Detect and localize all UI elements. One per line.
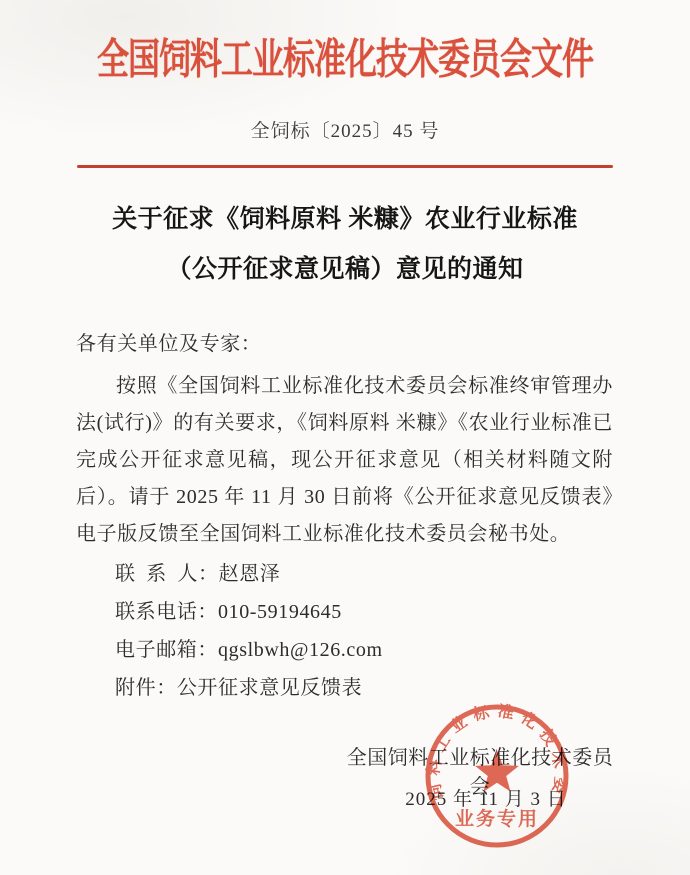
- contact-phone-value: 010-59194645: [218, 601, 342, 623]
- body-paragraph: 按照《全国饲料工业标准化技术委员会标准终审管理办法(试行)》的有关要求，《饲料原…: [76, 368, 613, 553]
- contact-email-label: 电子邮箱：: [115, 639, 218, 661]
- document-body: 各有关单位及专家： 按照《全国饲料工业标准化技术委员会标准终审管理办法(试行)》…: [76, 326, 613, 707]
- official-seal: 全国饲料工业标准化技术委员会 业务专用: [422, 701, 572, 851]
- contact-person-label: 联 系 人：: [115, 563, 219, 585]
- seal-ring-text: 全国饲料工业标准化技术委员会: [422, 701, 571, 802]
- attachment-value: 公开征求意见反馈表: [177, 677, 362, 699]
- seal-star-icon: [475, 750, 519, 792]
- document-title-line2: （公开征求意见稿）意见的通知: [0, 245, 690, 295]
- contact-phone-label: 联系电话：: [115, 601, 218, 623]
- salutation: 各有关单位及专家：: [76, 326, 613, 363]
- document-header-org-title: 全国饲料工业标准化技术委员会文件: [0, 26, 690, 87]
- contact-email-value: qgslbwh@126.com: [218, 639, 383, 661]
- document-number: 全饲标〔2025〕45 号: [0, 116, 690, 143]
- document-title-line1: 关于征求《饲料原料 米糠》农业行业标准: [0, 195, 690, 245]
- header-divider-line: [77, 165, 613, 168]
- contact-person-line: 联 系 人：赵恩泽: [115, 555, 613, 593]
- seal-bottom-text: 业务专用: [455, 807, 539, 830]
- document-title: 关于征求《饲料原料 米糠》农业行业标准 （公开征求意见稿）意见的通知: [0, 195, 690, 295]
- contact-block: 联 系 人：赵恩泽 联系电话：010-59194645 电子邮箱：qgslbwh…: [76, 555, 613, 707]
- seal-graphic: 全国饲料工业标准化技术委员会 业务专用: [422, 701, 572, 851]
- document-page: 全国饲料工业标准化技术委员会文件 全饲标〔2025〕45 号 关于征求《饲料原料…: [0, 0, 690, 875]
- contact-email-line: 电子邮箱：qgslbwh@126.com: [115, 631, 613, 669]
- attachment-label: 附件：: [115, 677, 177, 699]
- contact-phone-line: 联系电话：010-59194645: [115, 593, 613, 631]
- contact-person-value: 赵恩泽: [219, 563, 281, 585]
